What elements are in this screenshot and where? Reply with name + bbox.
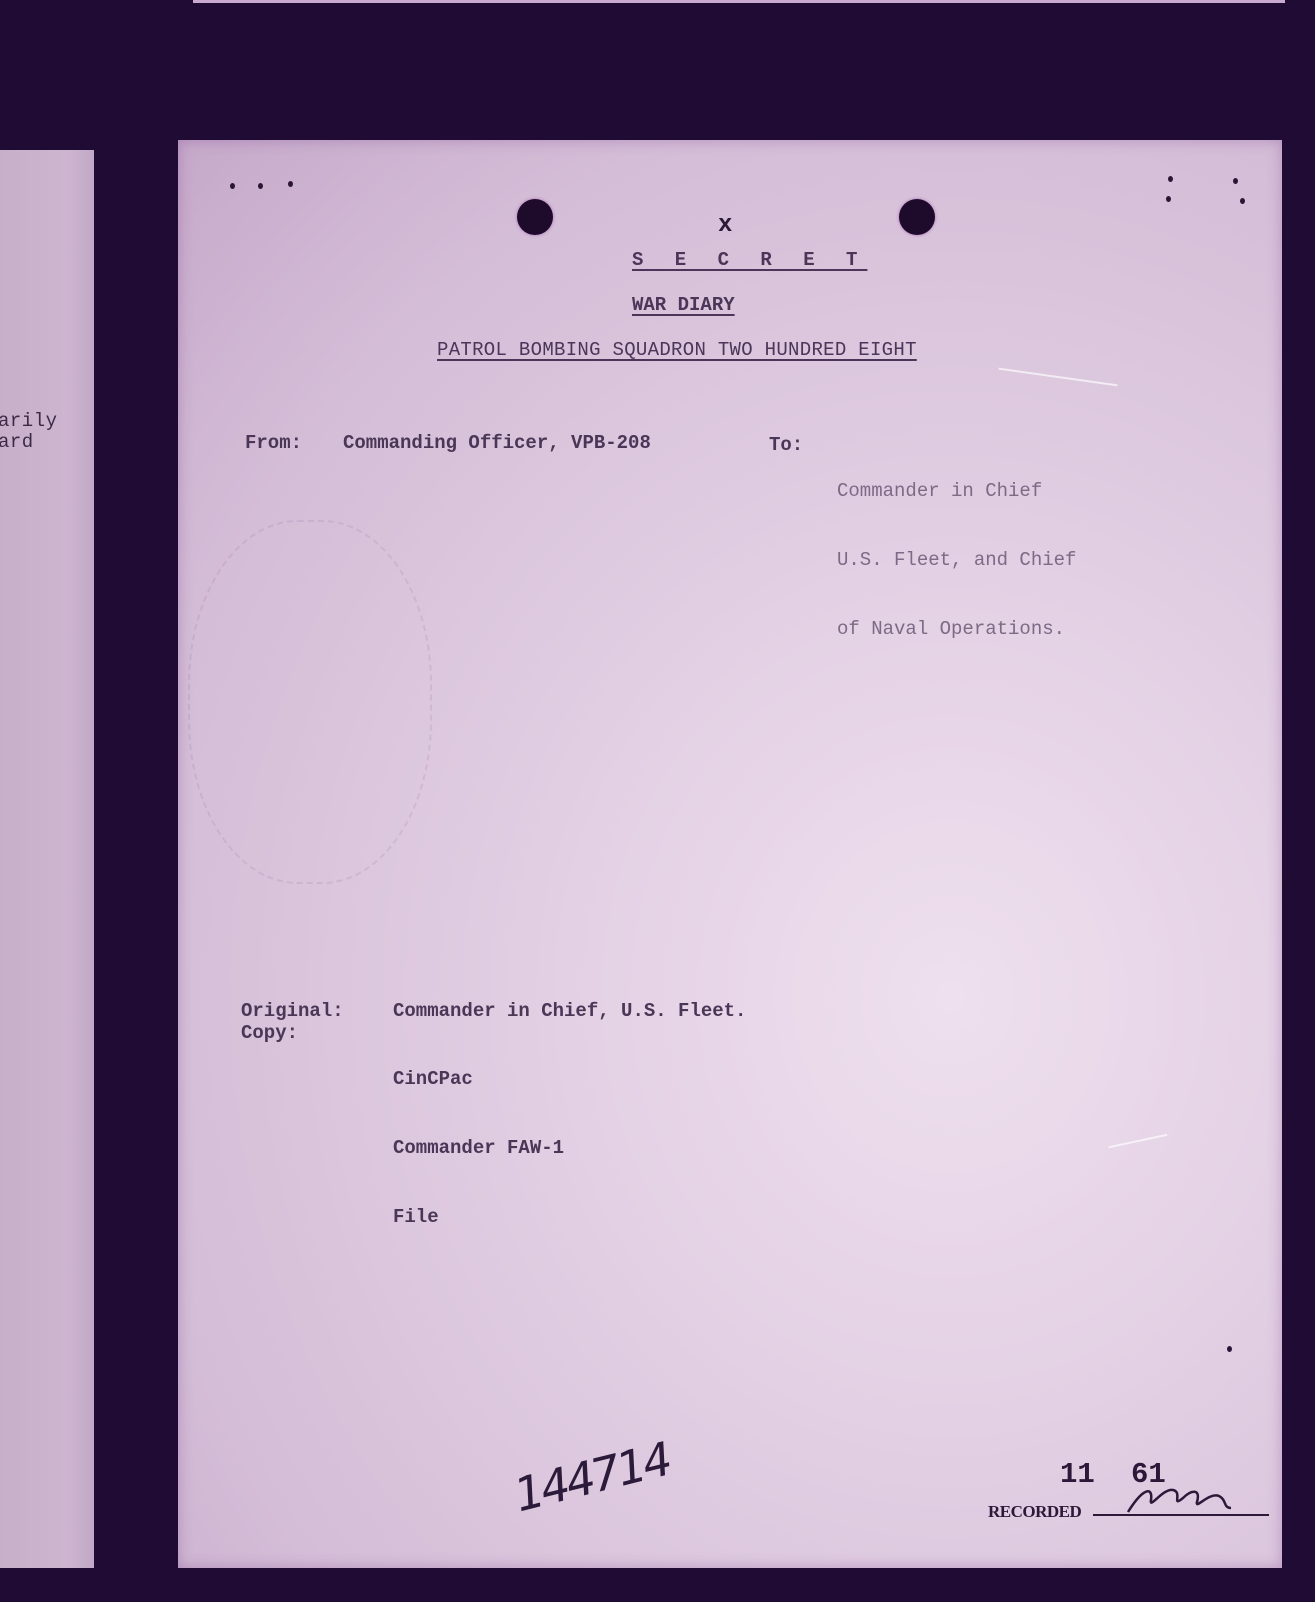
to-label: To: [769,434,803,457]
to-line: of Naval Operations. [837,618,1076,641]
punch-hole-right [899,199,935,235]
ink-speck [288,181,293,187]
ink-speck [1233,178,1238,184]
copy-item: CinCPac [393,1068,564,1091]
to-value: Commander in Chief U.S. Fleet, and Chief… [837,434,1076,687]
to-line: U.S. Fleet, and Chief [837,549,1076,572]
original-value: Commander in Chief, U.S. Fleet. [393,1000,746,1023]
recorded-number: 11 [1060,1458,1095,1491]
handwritten-number: 144714 [509,1432,675,1523]
check-mark: x [718,212,732,239]
signature-scribble [1123,1478,1233,1518]
document-title: WAR DIARY [632,294,735,316]
adjacent-frame-text: arily [0,412,58,431]
original-label: Original: [241,1000,344,1023]
document-page: x S E C R E T WAR DIARY PATROL BOMBING S… [178,140,1282,1568]
classification-heading: S E C R E T [632,249,867,271]
ink-speck [1168,176,1173,182]
to-line: Commander in Chief [837,480,1076,503]
ink-speck [258,183,263,189]
ink-speck [230,183,235,189]
recorded-stamp-label: RECORDED [988,1502,1081,1522]
punch-hole-left [517,199,553,235]
ink-speck [1227,1346,1232,1352]
adjacent-frame-top-edge [193,0,1285,3]
from-value: Commanding Officer, VPB-208 [343,432,651,455]
ink-speck [1240,198,1245,204]
film-scratch [1108,1134,1167,1148]
faded-seal-watermark [188,520,432,884]
copy-list: CinCPac Commander FAW-1 File [393,1022,564,1275]
adjacent-frame-text: ard [0,433,34,452]
copy-item: Commander FAW-1 [393,1137,564,1160]
adjacent-frame-left: arily ard [0,150,94,1568]
film-scratch [998,368,1117,387]
unit-heading: PATROL BOMBING SQUADRON TWO HUNDRED EIGH… [437,339,917,361]
copy-item: File [393,1206,564,1229]
copy-label: Copy: [241,1022,298,1045]
from-label: From: [245,432,302,455]
ink-speck [1166,196,1171,202]
